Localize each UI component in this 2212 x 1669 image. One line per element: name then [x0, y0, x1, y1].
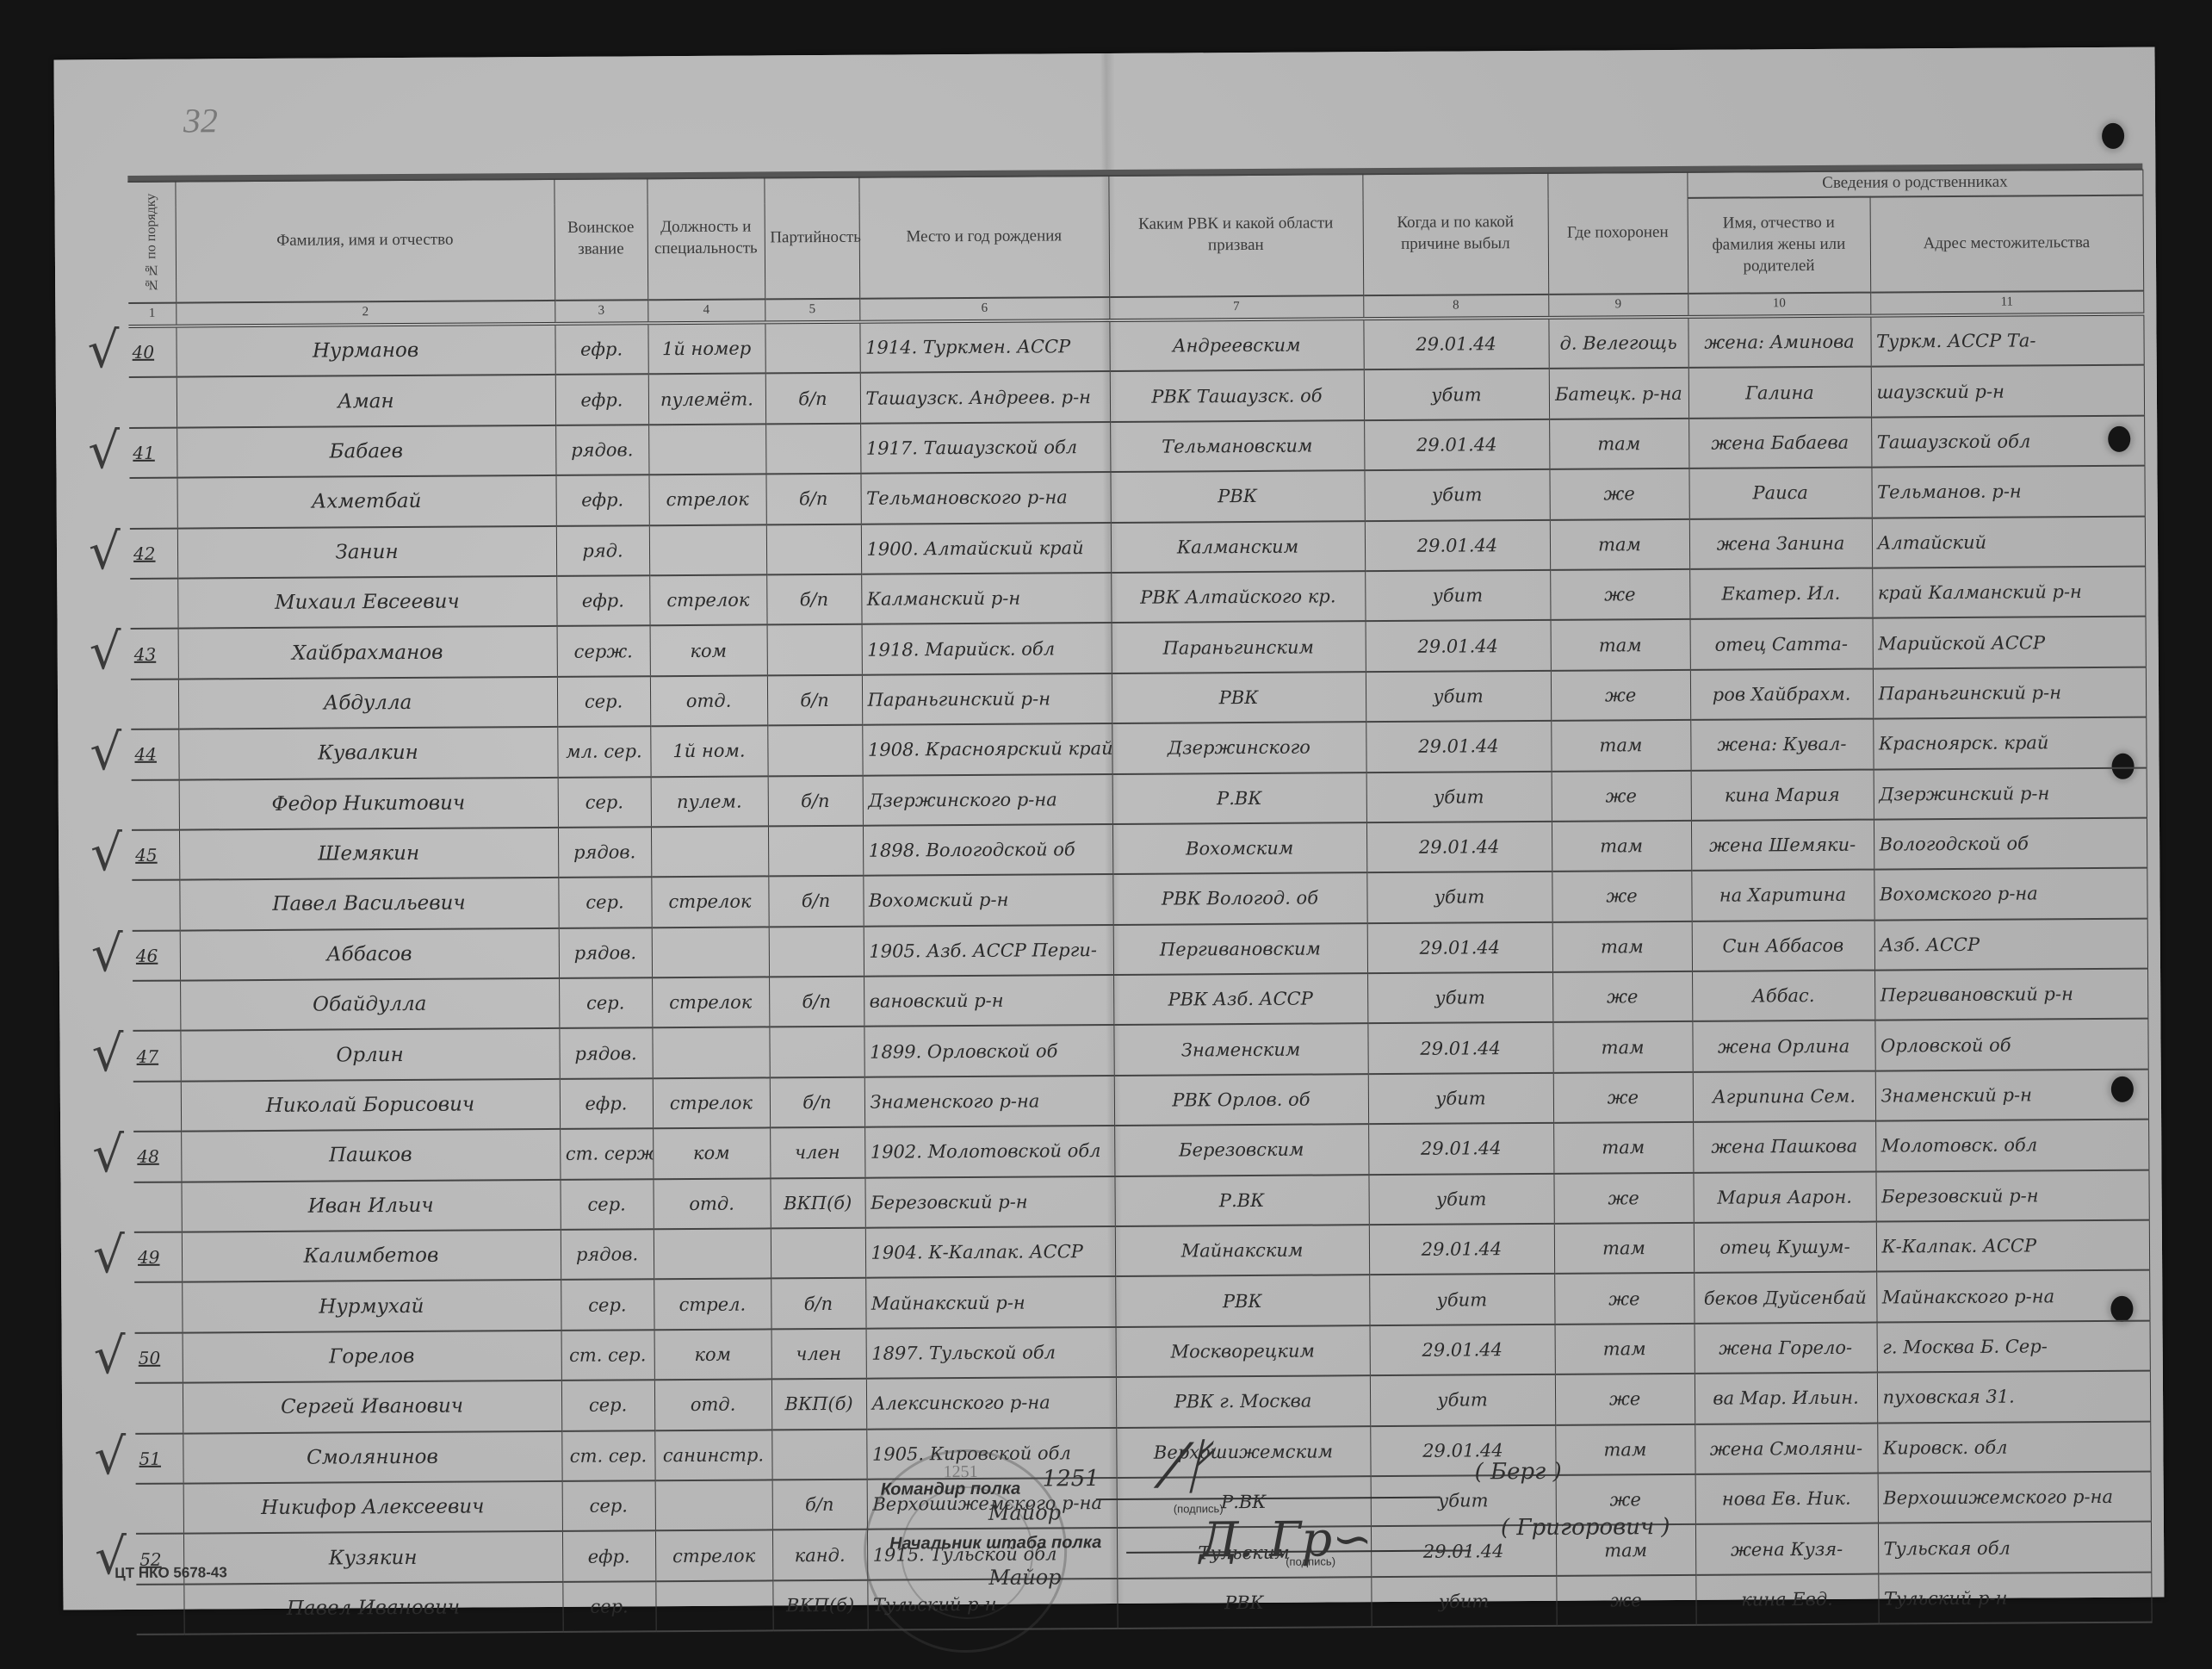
party-affiliation: [765, 424, 860, 475]
relative-address: Параньгинский р-н: [1873, 667, 2146, 718]
position-specialty: [651, 826, 768, 877]
party-affiliation: канд.: [772, 1529, 867, 1580]
column-number: 1: [128, 303, 176, 326]
military-rank: сер.: [558, 878, 651, 928]
draft-office: РВК г. Москва: [1116, 1375, 1370, 1427]
position-specialty: [648, 424, 765, 475]
party-affiliation: б/п: [770, 1077, 864, 1128]
birth-place-year: 1899. Орловской об: [864, 1025, 1113, 1076]
birth-place-year: 1900. Алтайский край: [861, 523, 1111, 574]
birth-place-year: 1918. Марийск. обл: [862, 623, 1112, 674]
date-reason: 29.01.44: [1366, 721, 1551, 772]
commander-rank: Майор: [988, 1500, 1061, 1525]
position-specialty: ком: [654, 1329, 771, 1380]
relative-name: Агрипина Сем.: [1693, 1070, 1875, 1122]
check-mark-icon: √: [91, 1028, 123, 1078]
military-rank: сер.: [557, 676, 650, 727]
check-mark-icon: √: [90, 626, 121, 676]
person-name: Нурмухай: [182, 1280, 561, 1332]
ledger-body: √40Нурмановефр.1й номер1914. Туркмен. АС…: [128, 314, 2151, 1635]
position-specialty: [652, 1027, 769, 1078]
relative-address: Майнакского р-на: [1876, 1270, 2149, 1322]
relative-name: жена Орлина: [1692, 1021, 1874, 1072]
relative-address: г. Москва Б. Сер-: [1877, 1320, 2150, 1372]
relative-address: Кировск. обл: [1877, 1421, 2150, 1473]
party-affiliation: б/п: [766, 574, 861, 625]
row-number: √50: [135, 1332, 183, 1383]
row-number: √44: [131, 729, 178, 780]
person-name: Пашков: [181, 1129, 560, 1182]
burial-place: там: [1551, 720, 1690, 771]
relative-address: Вохомского р-на: [1874, 868, 2147, 920]
burial-place: же: [1555, 1374, 1695, 1424]
person-name: Орлин: [180, 1028, 559, 1081]
date-reason: 29.01.44: [1370, 1325, 1555, 1376]
relative-name: беков Дуйсенбай: [1694, 1272, 1876, 1324]
position-specialty: 1й ном.: [650, 726, 767, 777]
column-number: 5: [765, 299, 859, 323]
date-reason: убит: [1364, 369, 1549, 420]
column-number: 10: [1688, 293, 1870, 317]
draft-office: Знаменским: [1113, 1024, 1367, 1076]
burial-place: же: [1556, 1575, 1695, 1626]
check-mark-icon: √: [93, 1230, 125, 1280]
relative-address: Тульский р-н: [1878, 1572, 2151, 1623]
position-specialty: отд.: [654, 1380, 771, 1430]
row-number: [130, 579, 177, 630]
row-number: √43: [131, 629, 178, 679]
check-mark-icon: √: [90, 828, 122, 878]
burial-place: же: [1552, 971, 1692, 1022]
party-affiliation: [767, 725, 862, 776]
position-specialty: санинстр.: [654, 1430, 771, 1480]
date-reason: 29.01.44: [1368, 1123, 1553, 1175]
date-reason: убит: [1369, 1274, 1554, 1325]
burial-place: же: [1552, 871, 1691, 921]
party-affiliation: б/п: [765, 474, 860, 524]
birth-place-year: Калманский р-н: [861, 573, 1111, 624]
page-mark: 32: [183, 100, 218, 140]
burial-place: там: [1553, 1122, 1693, 1173]
person-name: Аман: [177, 375, 555, 427]
position-specialty: стрелок: [648, 475, 765, 525]
header-when: Когда и по какой причине выбыл: [1362, 173, 1548, 295]
draft-office: РВК: [1110, 470, 1364, 522]
date-reason: убит: [1366, 671, 1551, 723]
relative-address: пуховская 31.: [1877, 1371, 2150, 1423]
commander-label: Командир полка: [881, 1480, 1021, 1500]
birth-place-year: 1917. Ташаузской обл: [860, 422, 1110, 474]
birth-place-year: Вохомский р-н: [863, 874, 1112, 926]
row-number-text: 44: [134, 744, 157, 765]
draft-office: Тельмановским: [1110, 420, 1364, 472]
draft-office: Майнакским: [1115, 1225, 1369, 1276]
party-affiliation: [769, 926, 864, 977]
military-rank: серж.: [557, 626, 650, 677]
column-number: 4: [647, 299, 765, 323]
birth-place-year: Дзержинского р-на: [863, 773, 1112, 825]
header-relatives-group: Сведения о родственниках: [1687, 170, 2142, 198]
relative-name: жена Кузя-: [1695, 1523, 1878, 1575]
person-name: Горелов: [183, 1331, 561, 1383]
header-rvk: Каким РВК и какой области призван: [1108, 174, 1363, 297]
person-name: Шемякин: [179, 828, 558, 880]
military-rank: рядов.: [559, 928, 652, 978]
relative-name: кина Мария: [1691, 769, 1874, 821]
military-rank: ст. сер.: [561, 1330, 654, 1380]
row-number-text: 45: [135, 845, 158, 866]
relative-name: Раиса: [1688, 468, 1871, 519]
date-reason: убит: [1368, 1073, 1553, 1125]
relative-address: Азб. АССР: [1874, 918, 2147, 970]
position-specialty: стрелок: [655, 1530, 772, 1581]
draft-office: Р.ВК: [1112, 772, 1366, 824]
row-number: √47: [133, 1031, 180, 1082]
person-name: Смолянинов: [183, 1430, 561, 1483]
birth-place-year: Знаменского р-на: [864, 1076, 1114, 1127]
row-number: √45: [132, 830, 179, 881]
column-number: 3: [555, 300, 647, 324]
relative-name: Син Аббасов: [1692, 920, 1874, 971]
position-specialty: [649, 524, 766, 575]
header-birth: Место и год рождения: [858, 176, 1109, 299]
person-name: Аббасов: [180, 928, 559, 981]
birth-place-year: Алексинского р-на: [866, 1377, 1116, 1429]
person-name: Бабаев: [177, 425, 555, 478]
military-rank: ефр.: [555, 323, 647, 375]
relative-name: жена Горело-: [1695, 1322, 1877, 1374]
relative-name: на Харитина: [1691, 870, 1874, 921]
military-rank: рядов.: [555, 425, 648, 475]
birth-place-year: Тельмановского р-на: [860, 472, 1110, 524]
row-number: [135, 1383, 183, 1434]
document-sheet: 32 №№ по порядку Фамилия, имя и отчество…: [54, 47, 2165, 1610]
person-name: Павел Иванович: [183, 1582, 562, 1635]
military-rank: рядов.: [558, 827, 651, 878]
person-name: Нурманов: [176, 324, 555, 377]
row-number: √49: [134, 1232, 182, 1283]
birth-place-year: Ташаузск. Андреев. р-н: [860, 371, 1110, 423]
header-name: Фамилия, имя и отчество: [175, 179, 555, 303]
military-rank: ефр.: [555, 375, 648, 425]
draft-office: Вохомским: [1112, 822, 1366, 874]
person-name: Федор Никитович: [179, 777, 558, 829]
check-mark-icon: √: [88, 425, 120, 475]
date-reason: убит: [1367, 972, 1552, 1024]
date-reason: 29.01.44: [1365, 519, 1550, 571]
military-rank: ст. серж.: [560, 1128, 653, 1179]
row-number-text: 51: [139, 1449, 161, 1469]
person-name: Калимбетов: [182, 1230, 561, 1282]
row-number-text: 40: [133, 342, 155, 363]
punch-hole: [2102, 123, 2124, 149]
relative-address: К-Калпак. АССР: [1876, 1220, 2149, 1272]
row-number: √48: [133, 1132, 181, 1182]
relative-name: Галина: [1688, 367, 1871, 419]
burial-place: там: [1550, 518, 1689, 569]
birth-place-year: Майнакский р-н: [865, 1276, 1115, 1328]
party-affiliation: б/п: [768, 775, 863, 826]
burial-place: же: [1553, 1072, 1693, 1123]
draft-office: РВК Орлов. об: [1114, 1074, 1368, 1126]
position-specialty: [655, 1480, 772, 1530]
draft-office: РВК Вологод. об: [1112, 872, 1366, 924]
party-affiliation: б/п: [768, 876, 863, 927]
burial-place: там: [1549, 419, 1688, 469]
military-rank: сер.: [559, 977, 652, 1028]
position-specialty: пулем.: [651, 776, 768, 827]
person-name: Кувалкин: [178, 727, 557, 779]
burial-place: д. Велегощь: [1548, 317, 1688, 369]
relative-address: Знаменский р-н: [1875, 1069, 2148, 1120]
party-affiliation: [771, 1228, 865, 1279]
column-number: 7: [1109, 295, 1363, 320]
person-name: Хайбрахманов: [178, 626, 557, 679]
burial-place: же: [1550, 569, 1689, 620]
relative-name: жена Шемяки-: [1691, 819, 1874, 871]
person-name: Никифор Алексеевич: [183, 1481, 562, 1534]
chief-of-staff-label: Начальник штаба полка: [889, 1533, 1101, 1554]
person-name: Абдулла: [178, 677, 557, 729]
birth-place-year: 1904. К-Калпак. АССР: [865, 1226, 1115, 1278]
row-number: √51: [135, 1433, 183, 1484]
row-number: [132, 880, 179, 931]
military-rank: рядов.: [559, 1028, 652, 1079]
check-mark-icon: √: [92, 1129, 124, 1179]
position-specialty: стрелок: [653, 1077, 770, 1128]
military-rank: мл. сер.: [557, 726, 650, 777]
burial-place: там: [1552, 1021, 1692, 1072]
draft-office: Р.ВК: [1114, 1175, 1368, 1226]
draft-office: РВК Алтайского кр.: [1111, 571, 1365, 623]
position-specialty: ком: [653, 1128, 770, 1179]
chief-of-staff-name: ( Григорович ): [1501, 1514, 1670, 1541]
date-reason: 29.01.44: [1367, 1022, 1552, 1074]
check-mark-icon: √: [89, 526, 121, 576]
date-reason: убит: [1366, 771, 1552, 822]
relative-name: нова Ев. Ник.: [1695, 1474, 1878, 1525]
relative-name: жена Смоляни-: [1695, 1423, 1877, 1474]
burial-place: же: [1552, 770, 1691, 821]
relative-address: шаузский р-н: [1871, 365, 2144, 417]
burial-place: там: [1552, 921, 1692, 972]
header-party: Партийность: [764, 177, 859, 300]
check-mark-icon: √: [94, 1331, 126, 1380]
birth-place-year: 1908. Красноярский край: [862, 723, 1112, 775]
draft-office: Параньгинским: [1112, 622, 1366, 673]
row-number: √42: [130, 528, 177, 579]
relative-address: Дзержинский р-н: [1874, 767, 2147, 819]
relative-address: Вологодской об: [1874, 818, 2147, 870]
birth-place-year: вановский р-н: [864, 975, 1113, 1027]
burial-place: Батецк. р-на: [1549, 368, 1688, 419]
relative-name: кина Евд.: [1695, 1573, 1878, 1625]
draft-office: Калманским: [1111, 521, 1365, 573]
relative-name: ров Хайбрахм.: [1690, 668, 1873, 720]
military-rank: ряд.: [556, 525, 649, 576]
relative-address: Березовский р-н: [1875, 1170, 2148, 1221]
draft-office: Верхошижемским: [1116, 1426, 1370, 1478]
date-reason: убит: [1368, 1173, 1553, 1225]
birth-place-year: 1898. Вологодской об: [863, 824, 1112, 876]
person-name: Павел Васильевич: [179, 878, 558, 930]
military-rank: ефр.: [556, 575, 649, 626]
relative-name: жена: Кувал-: [1690, 719, 1873, 771]
date-reason: убит: [1364, 469, 1549, 521]
person-name: Ахметбай: [177, 475, 555, 528]
position-specialty: стрелок: [652, 977, 769, 1027]
row-number: [133, 1081, 181, 1132]
birth-place-year: 1914. Туркмен. АССР: [859, 320, 1109, 373]
party-affiliation: ВКП(б): [770, 1177, 864, 1228]
relative-address: Ташаузской обл: [1871, 415, 2144, 467]
relative-address: Молотовск. обл: [1875, 1120, 2148, 1171]
burial-place: же: [1554, 1273, 1694, 1324]
birth-place-year: Параньгинский р-н: [862, 673, 1112, 725]
relative-address: Красноярск. край: [1873, 717, 2146, 769]
draft-office: Дзержинского: [1112, 722, 1366, 773]
column-number: 6: [859, 297, 1109, 322]
person-name: Николай Борисович: [181, 1079, 560, 1132]
row-number-text: 49: [138, 1247, 160, 1268]
person-name: Кузякин: [183, 1531, 562, 1584]
position-specialty: пулемёт.: [648, 374, 765, 425]
header-number: №№ по порядку: [127, 182, 176, 303]
casualty-table: №№ по порядку Фамилия, имя и отчество Во…: [127, 170, 2152, 1635]
header-position: Должность и специальность: [647, 177, 765, 300]
burial-place: же: [1551, 670, 1690, 721]
person-name: Занин: [177, 525, 556, 578]
column-number: 8: [1363, 295, 1548, 319]
row-number: √46: [133, 930, 180, 981]
party-affiliation: б/п: [769, 977, 864, 1027]
party-affiliation: ВКП(б): [771, 1379, 866, 1430]
position-specialty: [655, 1580, 772, 1631]
relative-address: Алтайский: [1872, 516, 2145, 568]
relative-name: отец Сатта-: [1690, 618, 1873, 670]
row-number: [132, 779, 179, 830]
check-mark-icon: √: [90, 727, 121, 777]
date-reason: 29.01.44: [1363, 318, 1548, 370]
draft-office: Березовским: [1114, 1124, 1368, 1176]
column-number: 2: [176, 301, 555, 326]
military-rank: ефр.: [560, 1078, 653, 1129]
row-number-text: 41: [133, 443, 155, 463]
burial-place: там: [1554, 1223, 1694, 1274]
person-name: Сергей Иванович: [183, 1380, 561, 1433]
draft-office: Москворецким: [1116, 1325, 1370, 1377]
burial-place: там: [1555, 1324, 1695, 1374]
date-reason: 29.01.44: [1364, 419, 1549, 471]
burial-place: там: [1552, 821, 1691, 872]
position-specialty: 1й номер: [647, 322, 765, 374]
position-specialty: отд.: [650, 675, 767, 726]
party-affiliation: б/п: [765, 373, 860, 424]
person-name: Обайдулла: [180, 978, 559, 1031]
military-rank: сер.: [560, 1179, 653, 1230]
party-affiliation: б/п: [767, 674, 862, 725]
form-code: ЦТ НКО 5678-43: [115, 1564, 227, 1582]
relative-name: Екатер. Ил.: [1689, 568, 1872, 620]
military-rank: сер.: [561, 1280, 654, 1331]
relative-name: ва Мар. Ильин.: [1695, 1373, 1877, 1424]
birth-place-year: 1905. Азб. АССР Перги-: [864, 925, 1113, 977]
header-rank: Воинское звание: [554, 178, 647, 301]
military-rank: сер.: [562, 1480, 655, 1531]
relative-address: край Калманский р-н: [1872, 567, 2145, 618]
party-affiliation: [769, 1027, 864, 1077]
date-reason: 29.01.44: [1366, 620, 1551, 672]
check-mark-icon: √: [87, 325, 119, 375]
party-affiliation: член: [770, 1127, 864, 1178]
relative-address: Верхошижемского р-на: [1878, 1472, 2151, 1523]
draft-office: РВК: [1112, 672, 1366, 723]
column-number: 9: [1548, 294, 1688, 318]
casualty-ledger: №№ по порядку Фамилия, имя и отчество Во…: [127, 170, 2151, 1635]
relative-address: Пергивановский р-н: [1874, 969, 2147, 1021]
date-reason: убит: [1365, 570, 1550, 622]
draft-office: Андреевским: [1109, 319, 1363, 371]
date-reason: 29.01.44: [1366, 822, 1552, 873]
burial-place: там: [1555, 1424, 1695, 1474]
military-rank: рядов.: [561, 1229, 654, 1280]
row-number: [136, 1584, 183, 1635]
header-address: Адрес местожительства: [1870, 195, 2144, 292]
position-specialty: стрелок: [651, 877, 768, 928]
party-affiliation: [766, 524, 861, 574]
commander-signature: ⁄ᚠ: [1168, 1430, 1215, 1501]
header-buried: Где похоронен: [1547, 172, 1688, 295]
draft-office: РВК Азб. АССР: [1113, 973, 1367, 1025]
birth-place-year: 1902. Молотовской обл: [864, 1126, 1114, 1177]
chief-signature: Д. Гр∽: [1199, 1511, 1372, 1568]
party-affiliation: [771, 1429, 866, 1480]
row-number-text: 48: [137, 1146, 159, 1167]
relative-name: отец Кушум-: [1694, 1222, 1876, 1274]
date-reason: 29.01.44: [1367, 922, 1552, 974]
party-affiliation: б/п: [771, 1278, 865, 1329]
position-specialty: [654, 1228, 771, 1279]
row-number: [131, 679, 178, 729]
relative-address: Тульская обл: [1878, 1522, 2151, 1573]
row-number-text: 46: [136, 946, 158, 966]
row-number: [133, 981, 180, 1032]
position-specialty: стрелок: [649, 574, 766, 625]
date-reason: 29.01.44: [1369, 1224, 1554, 1275]
person-name: Михаил Евсеевич: [177, 576, 556, 629]
relative-name: Аббас.: [1692, 971, 1874, 1022]
check-mark-icon: √: [94, 1431, 126, 1481]
row-number: √41: [129, 427, 177, 478]
person-name: Иван Ильич: [181, 1180, 560, 1232]
date-reason: убит: [1371, 1576, 1556, 1628]
row-number: [134, 1282, 182, 1333]
relative-name: жена Пашкова: [1693, 1121, 1875, 1173]
row-number-text: 43: [134, 643, 157, 664]
burial-place: же: [1553, 1173, 1693, 1224]
row-number-text: 50: [139, 1348, 161, 1368]
burial-place: там: [1551, 619, 1690, 670]
position-specialty: стрел.: [654, 1279, 771, 1330]
birth-place-year: Березовский р-н: [864, 1176, 1114, 1228]
military-rank: ефр.: [562, 1531, 655, 1582]
position-specialty: ком: [650, 625, 767, 676]
position-specialty: [652, 927, 769, 977]
row-number: √40: [128, 326, 176, 378]
party-affiliation: [765, 322, 859, 374]
relative-address: Орловской об: [1874, 1019, 2147, 1070]
date-reason: убит: [1370, 1374, 1555, 1426]
